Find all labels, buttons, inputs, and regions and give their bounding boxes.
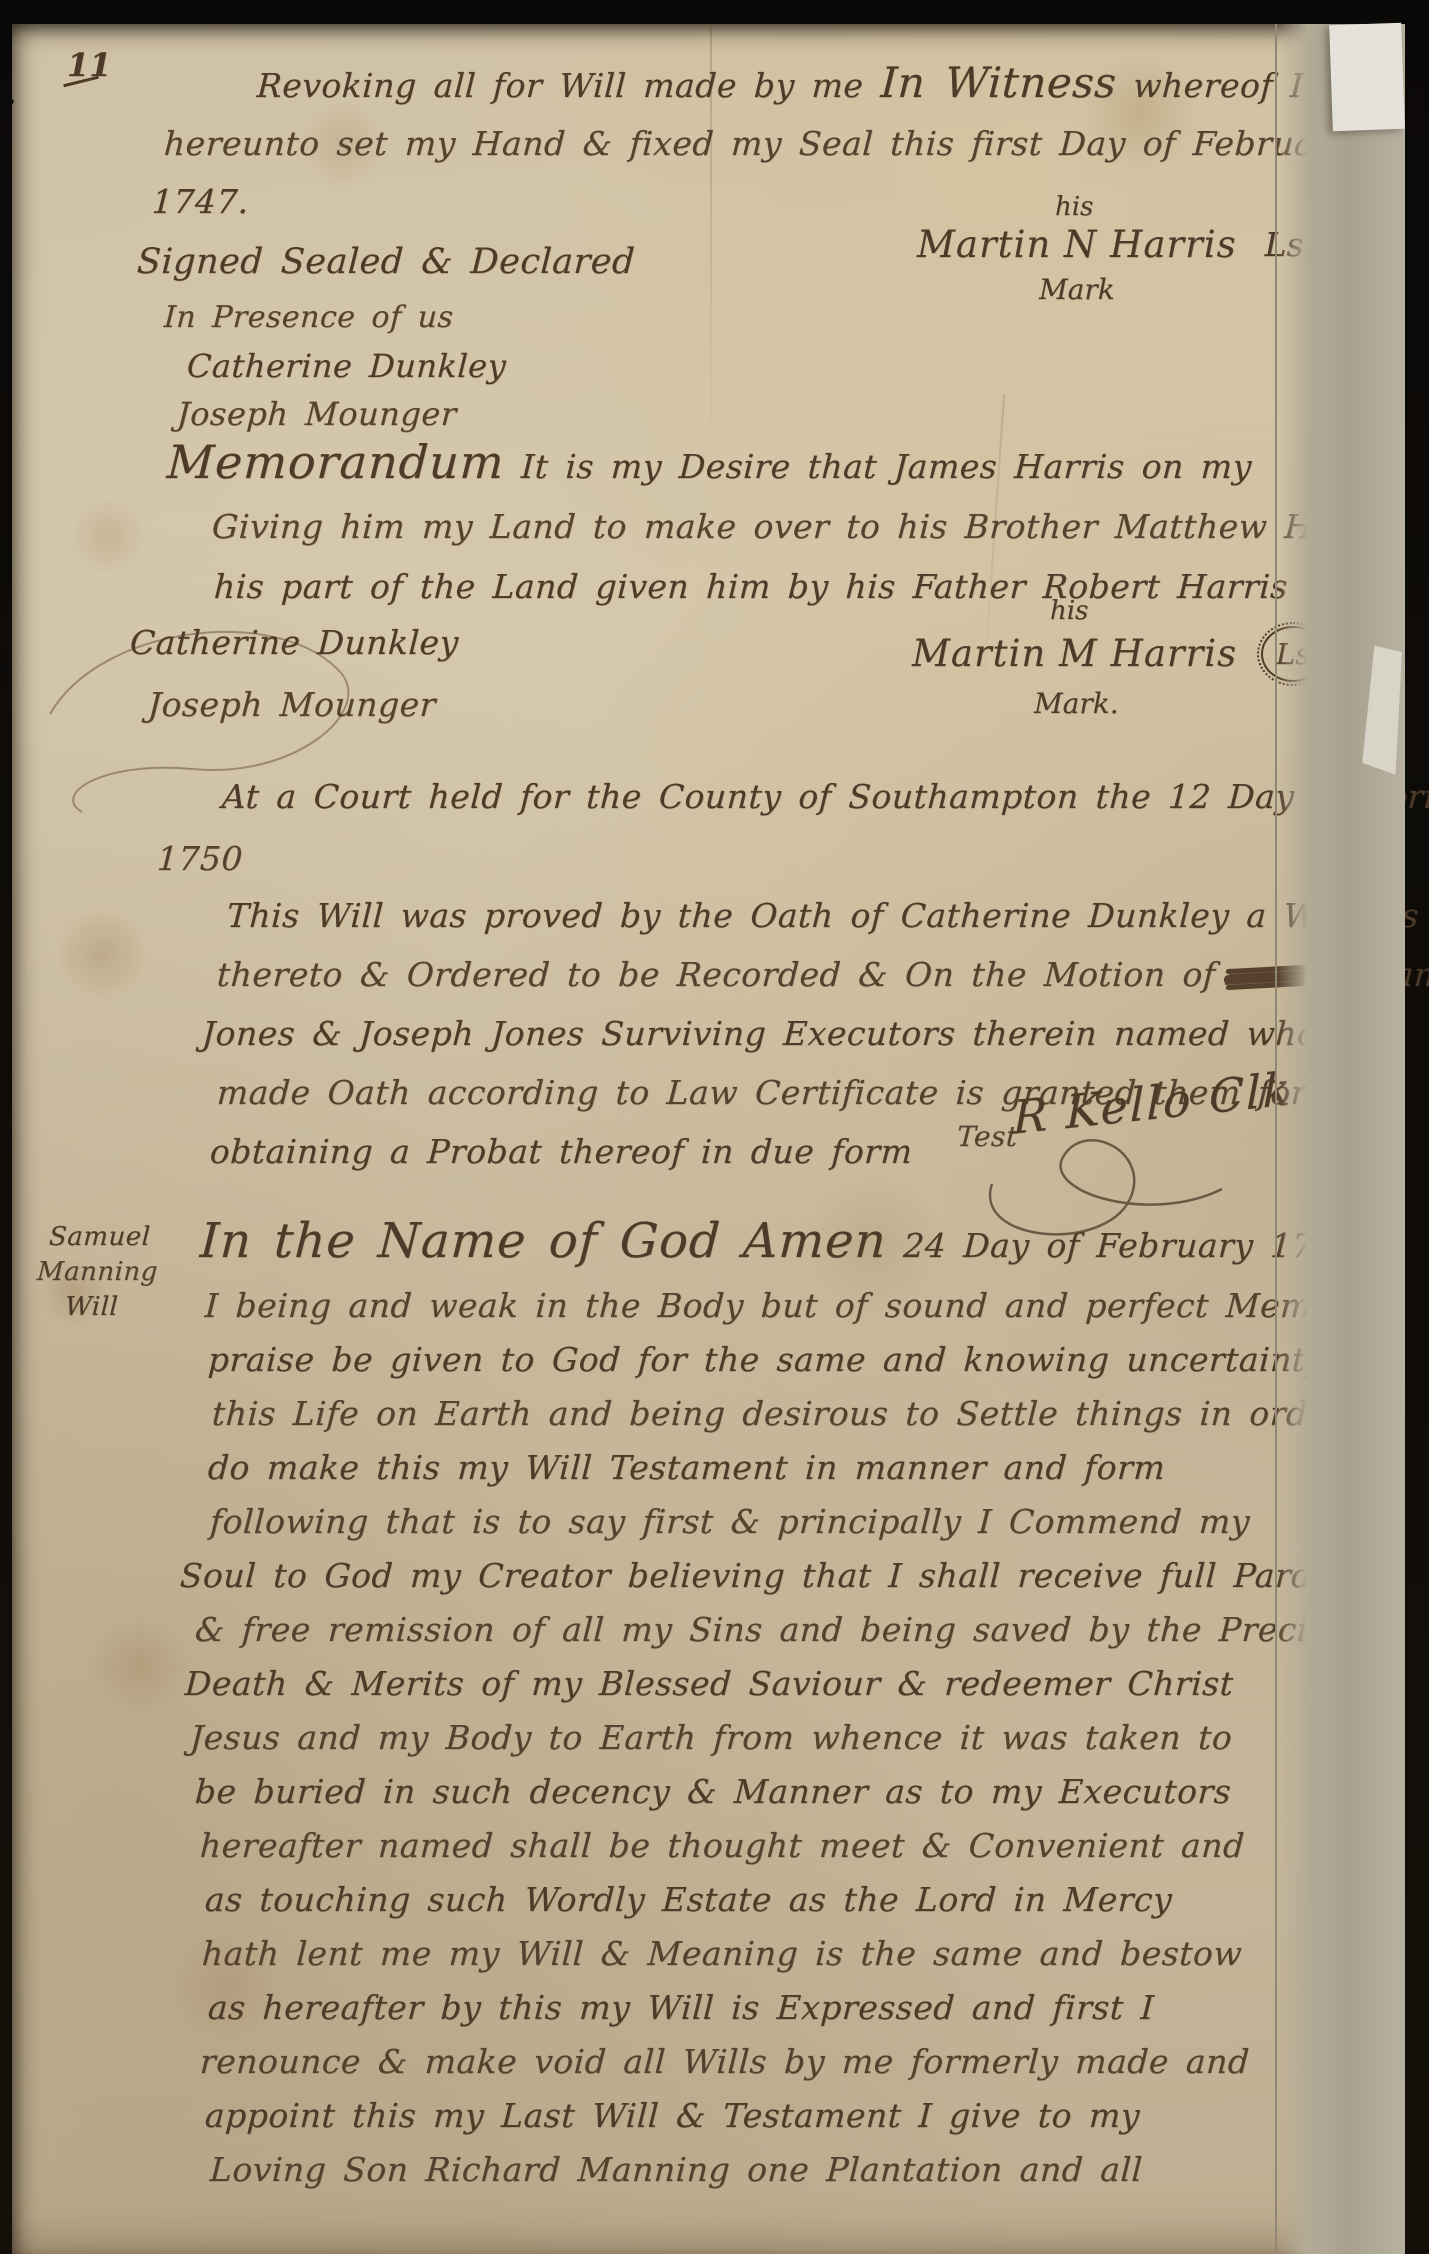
attestation-line: Signed Sealed & Declared [136,242,636,282]
testator-signature: Martin N Harris [917,222,1237,268]
manuscript-line: following that is to say first & princip… [159,1495,1369,1549]
manuscript-line: hereunto set my Hand & fixed my Seal thi… [150,115,1403,173]
manuscript-line: In the Name of God Amen 24 Day of Februa… [158,1208,1369,1279]
manuscript-line: Giving him my Land to make over to his B… [150,497,1396,557]
manuscript-line: Revoking all for Will made by me In Witn… [150,54,1403,115]
manuscript-line: appoint this my Last Will & Testament I … [159,2089,1369,2143]
manuscript-line: praise be given to God for the same and … [159,1333,1369,1387]
attestation-line: In Presence of us [163,300,454,335]
manuscript-line: hereafter named shall be thought meet & … [159,1819,1369,1873]
manuscript-line: hath lent me my Will & Meaning is the sa… [159,1927,1369,1981]
manuscript-line: Catherine Dunkley [128,612,460,674]
manning-will-text: In the Name of God Amen 24 Day of Februa… [160,1208,1368,2197]
manuscript-text-segment: In Witness [879,58,1117,107]
photograph-background: 11 Revoking all for Will made by me In W… [0,0,1429,2254]
manuscript-line: At a Court held for the County of Southa… [155,766,1429,828]
manuscript-line: 1750 [155,828,1429,890]
manuscript-text-segment: Memorandum [166,435,506,489]
manuscript-line: as hereafter by this my Will is Expresse… [159,1981,1369,2035]
witness-signatures-2: Catherine DunkleyJoseph Mounger [130,612,459,736]
manuscript-text-segment: thereto & Ordered to be Recorded & On th… [216,955,1217,994]
memorandum-text: Memorandum It is my Desire that James Ha… [152,432,1395,617]
margin-note-samuel-manning-will: SamuelManningWill [37,1220,158,1325]
paper-sliver [1329,23,1405,131]
manuscript-line: thereto & Ordered to be Recorded & On th… [160,945,1429,1004]
manuscript-line: Will [36,1290,159,1325]
manuscript-line: obtaining a Probat thereof in due form [160,1122,1429,1181]
manuscript-line: Jones & Joseph Jones Surviving Executors… [160,1004,1429,1063]
manuscript-line: Death & Merits of my Blessed Saviour & r… [159,1657,1369,1711]
court-heading: At a Court held for the County of Southa… [157,766,1429,890]
book-page-edge [1275,24,1405,2254]
manuscript-line: renounce & make void all Wills by me for… [159,2035,1369,2089]
manuscript-line: Jesus and my Body to Earth from whence i… [159,1711,1369,1765]
manuscript-line: be buried in such decency & Manner as to… [159,1765,1369,1819]
manuscript-line: Joseph Mounger [128,674,460,736]
manuscript-line: Memorandum It is my Desire that James Ha… [150,432,1396,497]
photo-edge-shadow [0,620,8,716]
witness-signatures-1: Catherine DunkleyJoseph Mounger [177,342,506,438]
manuscript-line: & free remission of all my Sins and bein… [159,1603,1369,1657]
testator-signature: Martin M Harris [912,631,1237,677]
manuscript-text-segment: In the Name of God Amen [199,1213,888,1269]
page-number: 11 [67,46,112,83]
manuscript-text-segment: It is my Desire that James Harris on my [503,447,1253,486]
manuscript-line: I being and weak in the Body but of soun… [159,1279,1369,1333]
manuscript-line: Joseph Mounger [176,390,508,438]
manuscript-line: this Life on Earth and being desirous to… [159,1387,1369,1441]
manuscript-line: Samuel [36,1220,159,1255]
probate-text: This Will was proved by the Oath of Cath… [162,886,1429,1181]
manuscript-line: This Will was proved by the Oath of Cath… [160,886,1429,945]
test-label: Test [956,1120,1018,1153]
manuscript-line: Soul to God my Creator believing that I … [159,1549,1369,1603]
manuscript-line: as touching such Wordly Estate as the Lo… [159,1873,1369,1927]
manuscript-line: Loving Son Richard Manning one Plantatio… [159,2143,1369,2197]
manuscript-line: do make this my Will Testament in manner… [159,1441,1369,1495]
manuscript-page: 11 Revoking all for Will made by me In W… [12,24,1405,2254]
manuscript-line: Catherine Dunkley [176,342,508,390]
manuscript-line: Manning [36,1255,159,1290]
manuscript-text-segment: Revoking all for Will made by me [256,66,882,105]
